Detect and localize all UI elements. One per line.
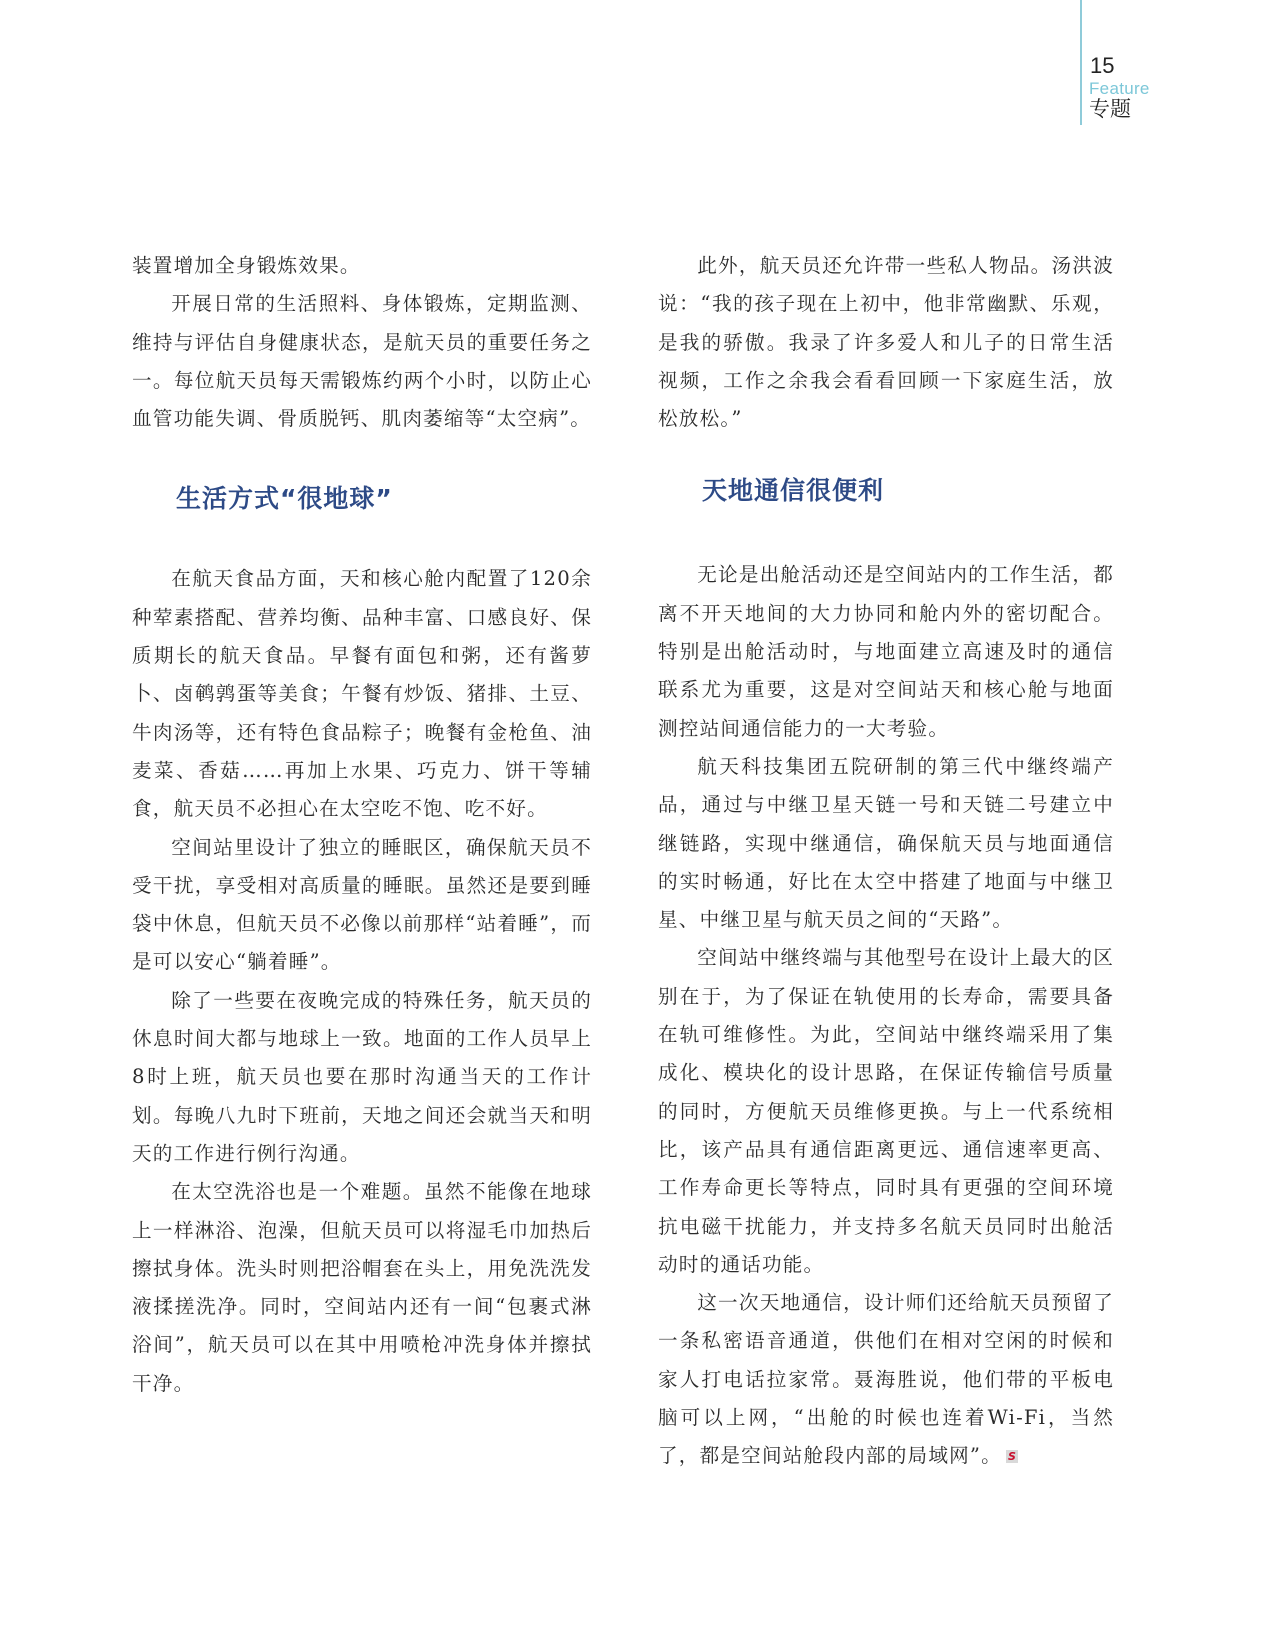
paragraph: 在太空洗浴也是一个难题。虽然不能像在地球上一样淋浴、泡澡，但航天员可以将湿毛巾加…	[132, 1173, 592, 1403]
paragraph: 此外，航天员还允许带一些私人物品。汤洪波说：“我的孩子现在上初中，他非常幽默、乐…	[658, 247, 1114, 438]
paragraph: 开展日常的生活照料、身体锻炼，定期监测、维持与评估自身健康状态，是航天员的重要任…	[132, 285, 592, 438]
end-mark-icon: S	[1006, 1450, 1018, 1463]
paragraph: 航天科技集团五院研制的第三代中继终端产品，通过与中继卫星天链一号和天链二号建立中…	[658, 748, 1114, 939]
paragraph: 无论是出舱活动还是空间站内的工作生活，都离不开天地间的大力协同和舱内外的密切配合…	[658, 556, 1114, 747]
paragraph: 空间站里设计了独立的睡眠区，确保航天员不受干扰，享受相对高质量的睡眠。虽然还是要…	[132, 829, 592, 982]
section-heading: 生活方式“很地球”	[132, 484, 592, 514]
paragraph-text: 这一次天地通信，设计师们还给航天员预留了一条私密语音通道，供他们在相对空闲的时候…	[658, 1291, 1114, 1467]
page-number: 15	[1090, 55, 1114, 77]
paragraph: 空间站中继终端与其他型号在设计上最大的区别在于，为了保证在轨使用的长寿命，需要具…	[658, 939, 1114, 1284]
paragraph: 这一次天地通信，设计师们还给航天员预留了一条私密语音通道，供他们在相对空闲的时候…	[658, 1284, 1114, 1475]
section-label-en: Feature	[1089, 80, 1150, 97]
header-divider-line	[1080, 0, 1082, 125]
right-column: 此外，航天员还允许带一些私人物品。汤洪波说：“我的孩子现在上初中，他非常幽默、乐…	[658, 247, 1114, 1476]
paragraph: 除了一些要在夜晚完成的特殊任务，航天员的休息时间大都与地球上一致。地面的工作人员…	[132, 982, 592, 1173]
section-heading: 天地通信很便利	[658, 476, 1114, 506]
paragraph: 装置增加全身锻炼效果。	[132, 247, 592, 285]
paragraph: 在航天食品方面，天和核心舱内配置了120余种荤素搭配、营养均衡、品种丰富、口感良…	[132, 560, 592, 828]
section-label-zh: 专题	[1089, 99, 1131, 120]
left-column: 装置增加全身锻炼效果。 开展日常的生活照料、身体锻炼，定期监测、维持与评估自身健…	[132, 247, 592, 1403]
